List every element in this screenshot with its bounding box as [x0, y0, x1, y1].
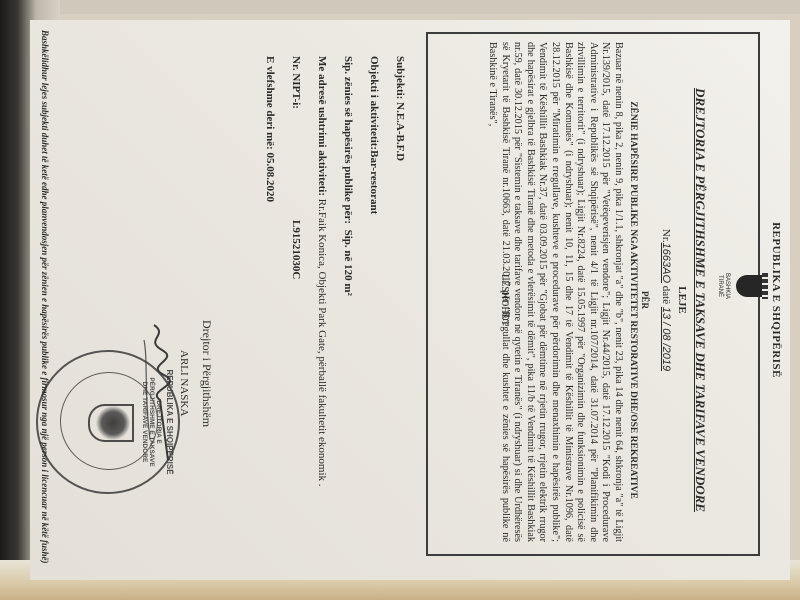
issued-label: LËSHOHET: [499, 20, 510, 580]
country-header: REPUBLIKA E SHQIPËRISË: [770, 20, 782, 580]
field-address: Me adresë ushtrimi aktiviteti: Rr.Faik K…: [316, 56, 328, 487]
eagle-emblem-icon: [88, 404, 134, 442]
for-label: PËR: [640, 20, 650, 580]
field-valid-until: E vlefshme deri më: 05.08.2020: [264, 56, 276, 202]
field-activity-object: Objekti i aktivitetit:Bar-restorant: [368, 56, 380, 214]
document-title: LEJE: [676, 20, 688, 580]
field-public-space-area: Sip. zënies së hapësirës publike për: Si…: [342, 56, 354, 296]
municipality-logo-icon: [736, 275, 762, 297]
department-title: DREJTORIA E PËRGJITHSHME E TAKSAVE DHE T…: [692, 20, 708, 580]
permit-number-line: Nr.1663AO datë 13 / 08 /2019: [660, 20, 672, 580]
official-stamp: REPUBLIKA E SHQIPËRISË DREJTORIA E PËRGJ…: [36, 350, 180, 494]
permit-document: REPUBLIKA E SHQIPËRISË BASHKIA TIRANË DR…: [30, 20, 790, 580]
footer-note: Bashkëlidhur lejes subjekti duhet të ket…: [40, 30, 50, 570]
crown-icon: [762, 273, 768, 299]
signatory-title: Drejtor i Përgjithshëm: [199, 320, 214, 427]
logo-caption: BASHKIA TIRANË: [716, 20, 730, 552]
permit-subtitle: ZËNIE HAPËSIRE PUBLIKE NGA AKTIVITETET R…: [628, 20, 638, 580]
field-subject: Subjekti: N.E.A-B.F.D: [394, 56, 406, 161]
background-surface-top: [0, 0, 800, 14]
signatory-name: ARLI NASKA: [178, 350, 190, 416]
permit-date: 13 / 08 /2019: [660, 307, 672, 371]
field-nipt: Nr. NIPT-i: L91521030C: [290, 56, 302, 109]
permit-number: 1663AO: [660, 243, 672, 283]
